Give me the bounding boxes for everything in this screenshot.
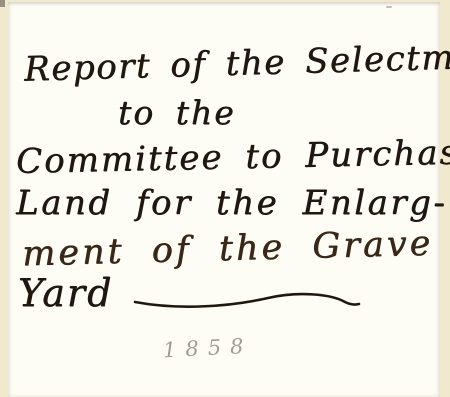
scan-corner-mark: [0, 0, 5, 7]
handwritten-line-5: ment of the Grave: [22, 227, 434, 273]
handwritten-line-3: Committee to Purchase: [16, 135, 450, 179]
scan-speck: [386, 6, 392, 8]
scanned-document: Report of the Selectmen to the Committee…: [0, 0, 450, 397]
handwritten-line-1: Report of the Selectmen: [24, 39, 450, 86]
paper-page: Report of the Selectmen to the Committee…: [8, 2, 440, 397]
pen-flourish-dash: [133, 290, 361, 314]
year-annotation: 1858: [162, 334, 253, 363]
handwritten-line-6: Yard: [18, 274, 113, 312]
handwritten-line-4: Land for the Enlarg-: [16, 186, 447, 220]
handwritten-line-2: to the: [118, 96, 236, 129]
